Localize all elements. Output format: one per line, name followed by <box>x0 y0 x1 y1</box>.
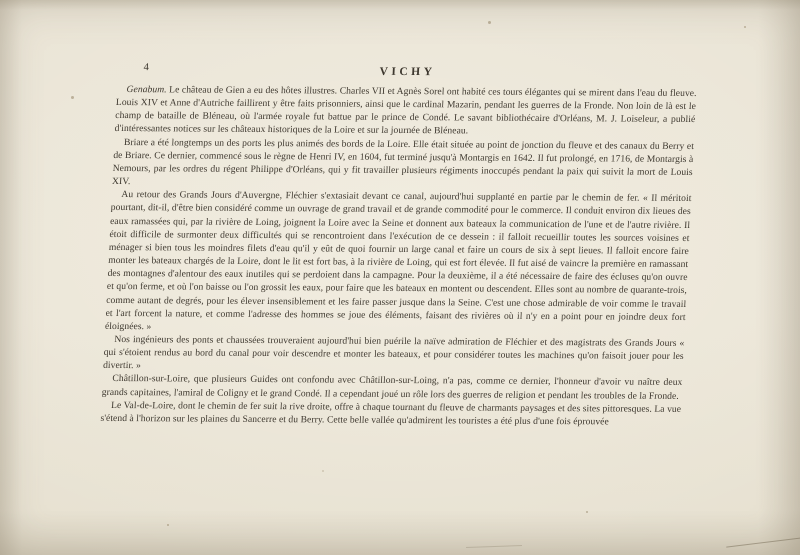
paragraph-genabum: Genabum. Le château de Gien a eu des hôt… <box>114 83 697 140</box>
paper-speck <box>71 96 74 99</box>
paragraph-canal-flechier: Au retour des Grands Jours d'Auvergne, F… <box>105 188 692 337</box>
paragraph-val-de-loire: Le Val-de-Loire, dont le chemin de fer s… <box>100 399 681 429</box>
body-text: Genabum. Le château de Gien a eu des hôt… <box>100 83 697 429</box>
paragraph-text: Le château de Gien a eu des hôtes illust… <box>114 84 696 137</box>
running-head: 4 VICHY <box>117 60 698 80</box>
running-title: VICHY <box>117 64 698 80</box>
scan-scratch <box>466 545 522 548</box>
paragraph-ingenieurs: Nos ingénieurs des ponts et chaussées tr… <box>103 333 685 377</box>
paper-speck <box>586 511 588 513</box>
paragraph-briare: Briare a été longtemps un des ports les … <box>112 136 695 193</box>
paper-speck <box>488 21 491 24</box>
scan-scratch <box>726 537 800 547</box>
paper-speck <box>322 470 324 472</box>
scanned-book-page: 4 VICHY Genabum. Le château de Gien a eu… <box>0 0 800 555</box>
paper-speck <box>744 26 746 28</box>
paragraph-lead-word: Genabum. <box>126 84 167 95</box>
paper-speck <box>167 524 169 526</box>
paragraph-chatillon: Châtillon-sur-Loire, que plusieurs Guide… <box>101 372 682 402</box>
page-content: 4 VICHY Genabum. Le château de Gien a eu… <box>100 60 698 429</box>
